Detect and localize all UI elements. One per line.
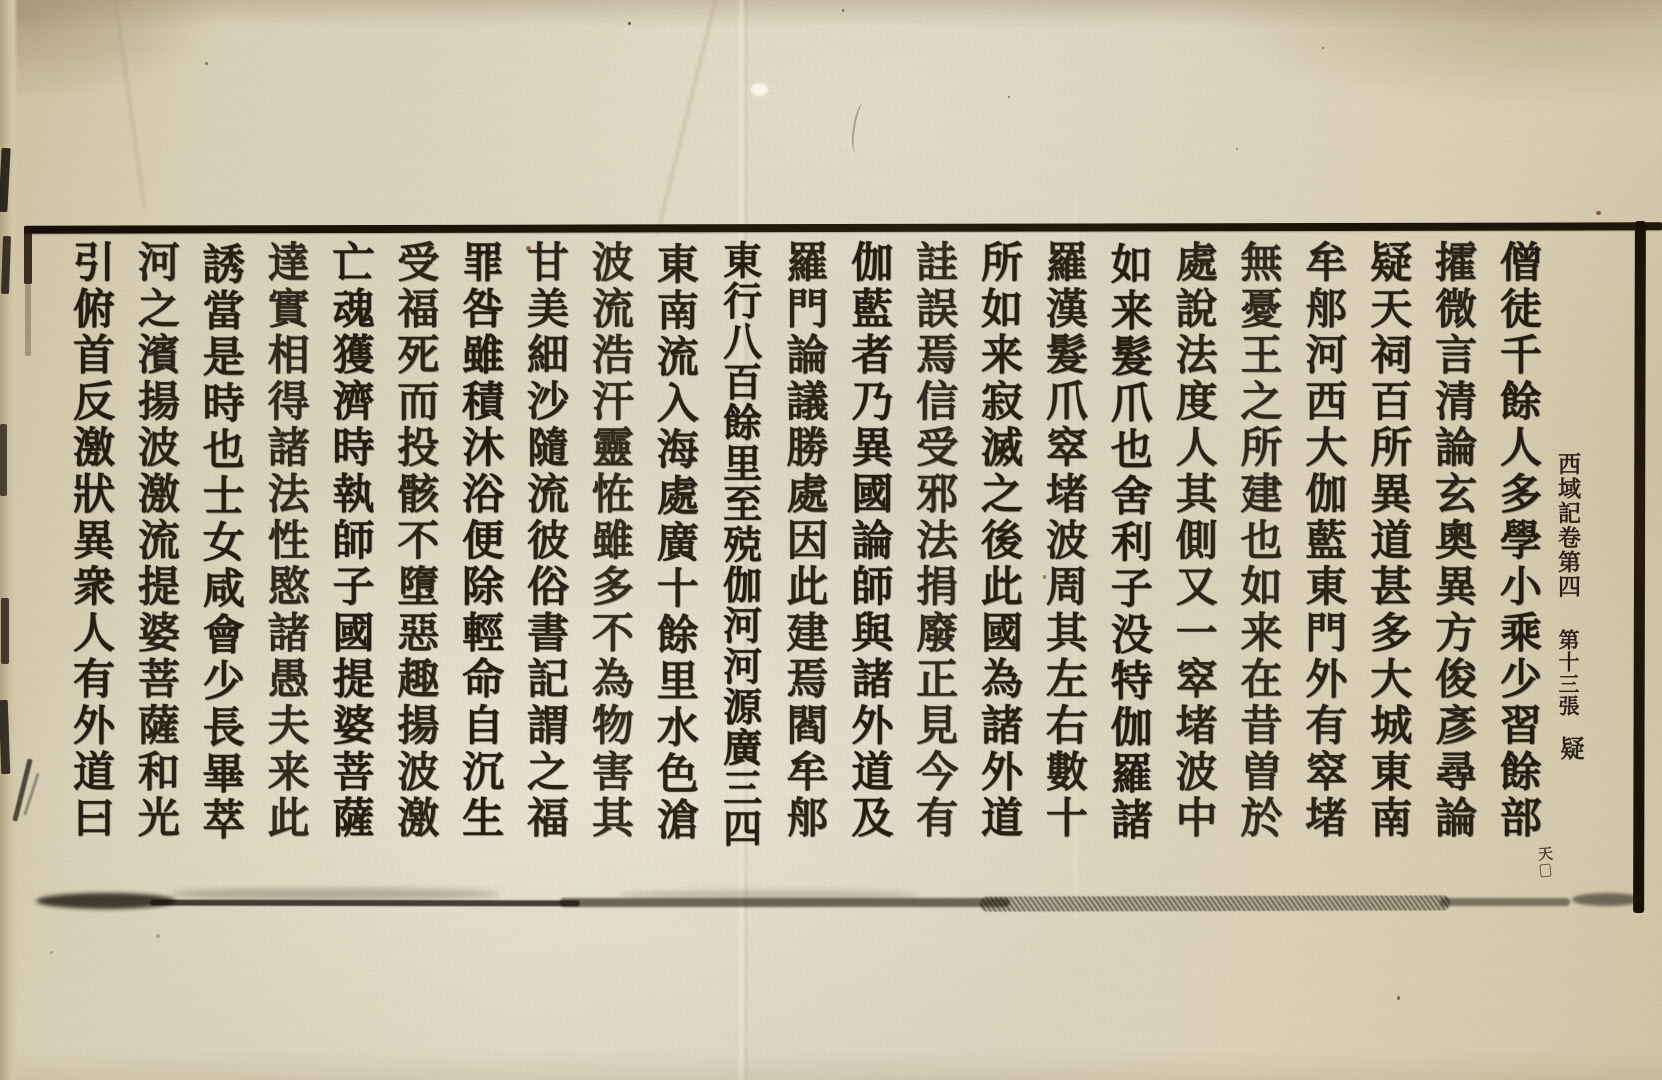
bottom-border-smear	[1572, 893, 1642, 906]
paper-background: 僧徒千餘人多學小乘少習餘部商 攉微言清論玄奧異方俊彥尋論稽 疑天祠百所異道甚多大…	[0, 0, 1662, 1080]
text-column-11: 伽藍者乃異國論師與諸外道及婆	[838, 240, 898, 888]
text-column-20: 達實相得諸法性愍諸愚夫来此導	[255, 240, 315, 888]
text-column-16: 甘美細沙隨流彼俗書記謂之福水	[514, 240, 574, 888]
paper-speck	[1008, 96, 1010, 98]
paper-speck	[205, 62, 208, 65]
text-column-18: 受福死而投骸不墮惡趣揚波激流	[384, 240, 444, 888]
paper-speck	[842, 9, 844, 12]
text-column-8: 羅漢髮爪窣堵波周其左右數十餘	[1033, 240, 1093, 888]
crease-top-diagonal	[656, 0, 719, 235]
paper-speck	[1397, 996, 1400, 1000]
text-column-14: 東南流入海處廣十餘里水色滄浪	[644, 242, 704, 890]
text-column-6: 處說法度人其側又一窣堵波中有	[1163, 240, 1223, 888]
fiber-mark	[849, 102, 870, 153]
text-column-5: 無憂王之所建也如来在昔曽於此	[1227, 240, 1287, 888]
text-column-7: 如来髮爪也舍利子没特伽羅諸阿	[1098, 242, 1158, 890]
bottom-border-smear	[1440, 898, 1570, 906]
text-column-22: 河之濱揚波激流提婆菩薩和光汲	[125, 240, 185, 888]
text-column-15: 波流浩汗靈恠雖多不為物害其味	[579, 240, 639, 888]
text-column-9: 所如来寂滅之後此國為諸外道所	[968, 240, 1028, 888]
text-column-12: 羅門論議勝處因此建焉閻牟郍河	[773, 240, 833, 888]
margin-sheet-label: 第十三張	[1553, 629, 1583, 717]
text-column-17: 罪咎雖積沐浴便除輕命自沉生天	[449, 240, 509, 888]
text-column-23: 引俯首反激狀異衆人有外道曰吾	[60, 240, 120, 888]
edge-ink-mark	[0, 424, 7, 496]
frame-top-border	[24, 222, 1662, 233]
bottom-border-smear	[150, 900, 580, 907]
bottom-border-smear	[980, 895, 1450, 911]
text-column-19: 亡魂獲濟時執師子國提婆菩薩深	[319, 240, 379, 888]
text-column-3: 疑天祠百所異道甚多大城東南閻	[1357, 240, 1417, 888]
text-column-4: 牟郍河西大伽藍東門外有窣堵波	[1292, 240, 1352, 888]
paper-speck	[1236, 148, 1238, 150]
frame-right-border	[1633, 221, 1646, 913]
paper-speck	[1322, 47, 1324, 49]
text-column-10: 詿誤焉信受邪法捐廢正見今有五	[903, 240, 963, 888]
crease-topleft-diagonal	[113, 0, 146, 209]
frame-left-border-stub	[24, 226, 32, 284]
paper-speck	[156, 934, 160, 938]
paper-speck	[628, 22, 631, 25]
edge-ink-mark	[1, 598, 9, 664]
text-column-13: 東行八百餘里至殑伽河河源廣三四里	[709, 240, 769, 888]
text-column-21: 誘當是時也士女咸會少長畢萃於	[190, 242, 250, 890]
frame-left-border-faded	[25, 284, 31, 356]
sutra-text-block: 僧徒千餘人多學小乘少習餘部商 攉微言清論玄奧異方俊彥尋論稽 疑天祠百所異道甚多大…	[60, 240, 1547, 888]
text-column-1: 僧徒千餘人多學小乘少習餘部商	[1487, 240, 1547, 888]
margin-case-character: 疑	[1552, 736, 1587, 760]
paper-patch	[751, 83, 768, 96]
margin-volume-label: 西域記卷第四	[1551, 452, 1584, 599]
paper-speck	[50, 951, 53, 954]
carver-mark: 天	[1534, 845, 1556, 861]
ink-speck-brown	[1596, 211, 1601, 215]
text-column-2: 攉微言清論玄奧異方俊彥尋論稽	[1422, 240, 1482, 888]
bottom-border-smear	[620, 890, 920, 900]
carver-mark-lower-glyph	[1539, 863, 1551, 877]
